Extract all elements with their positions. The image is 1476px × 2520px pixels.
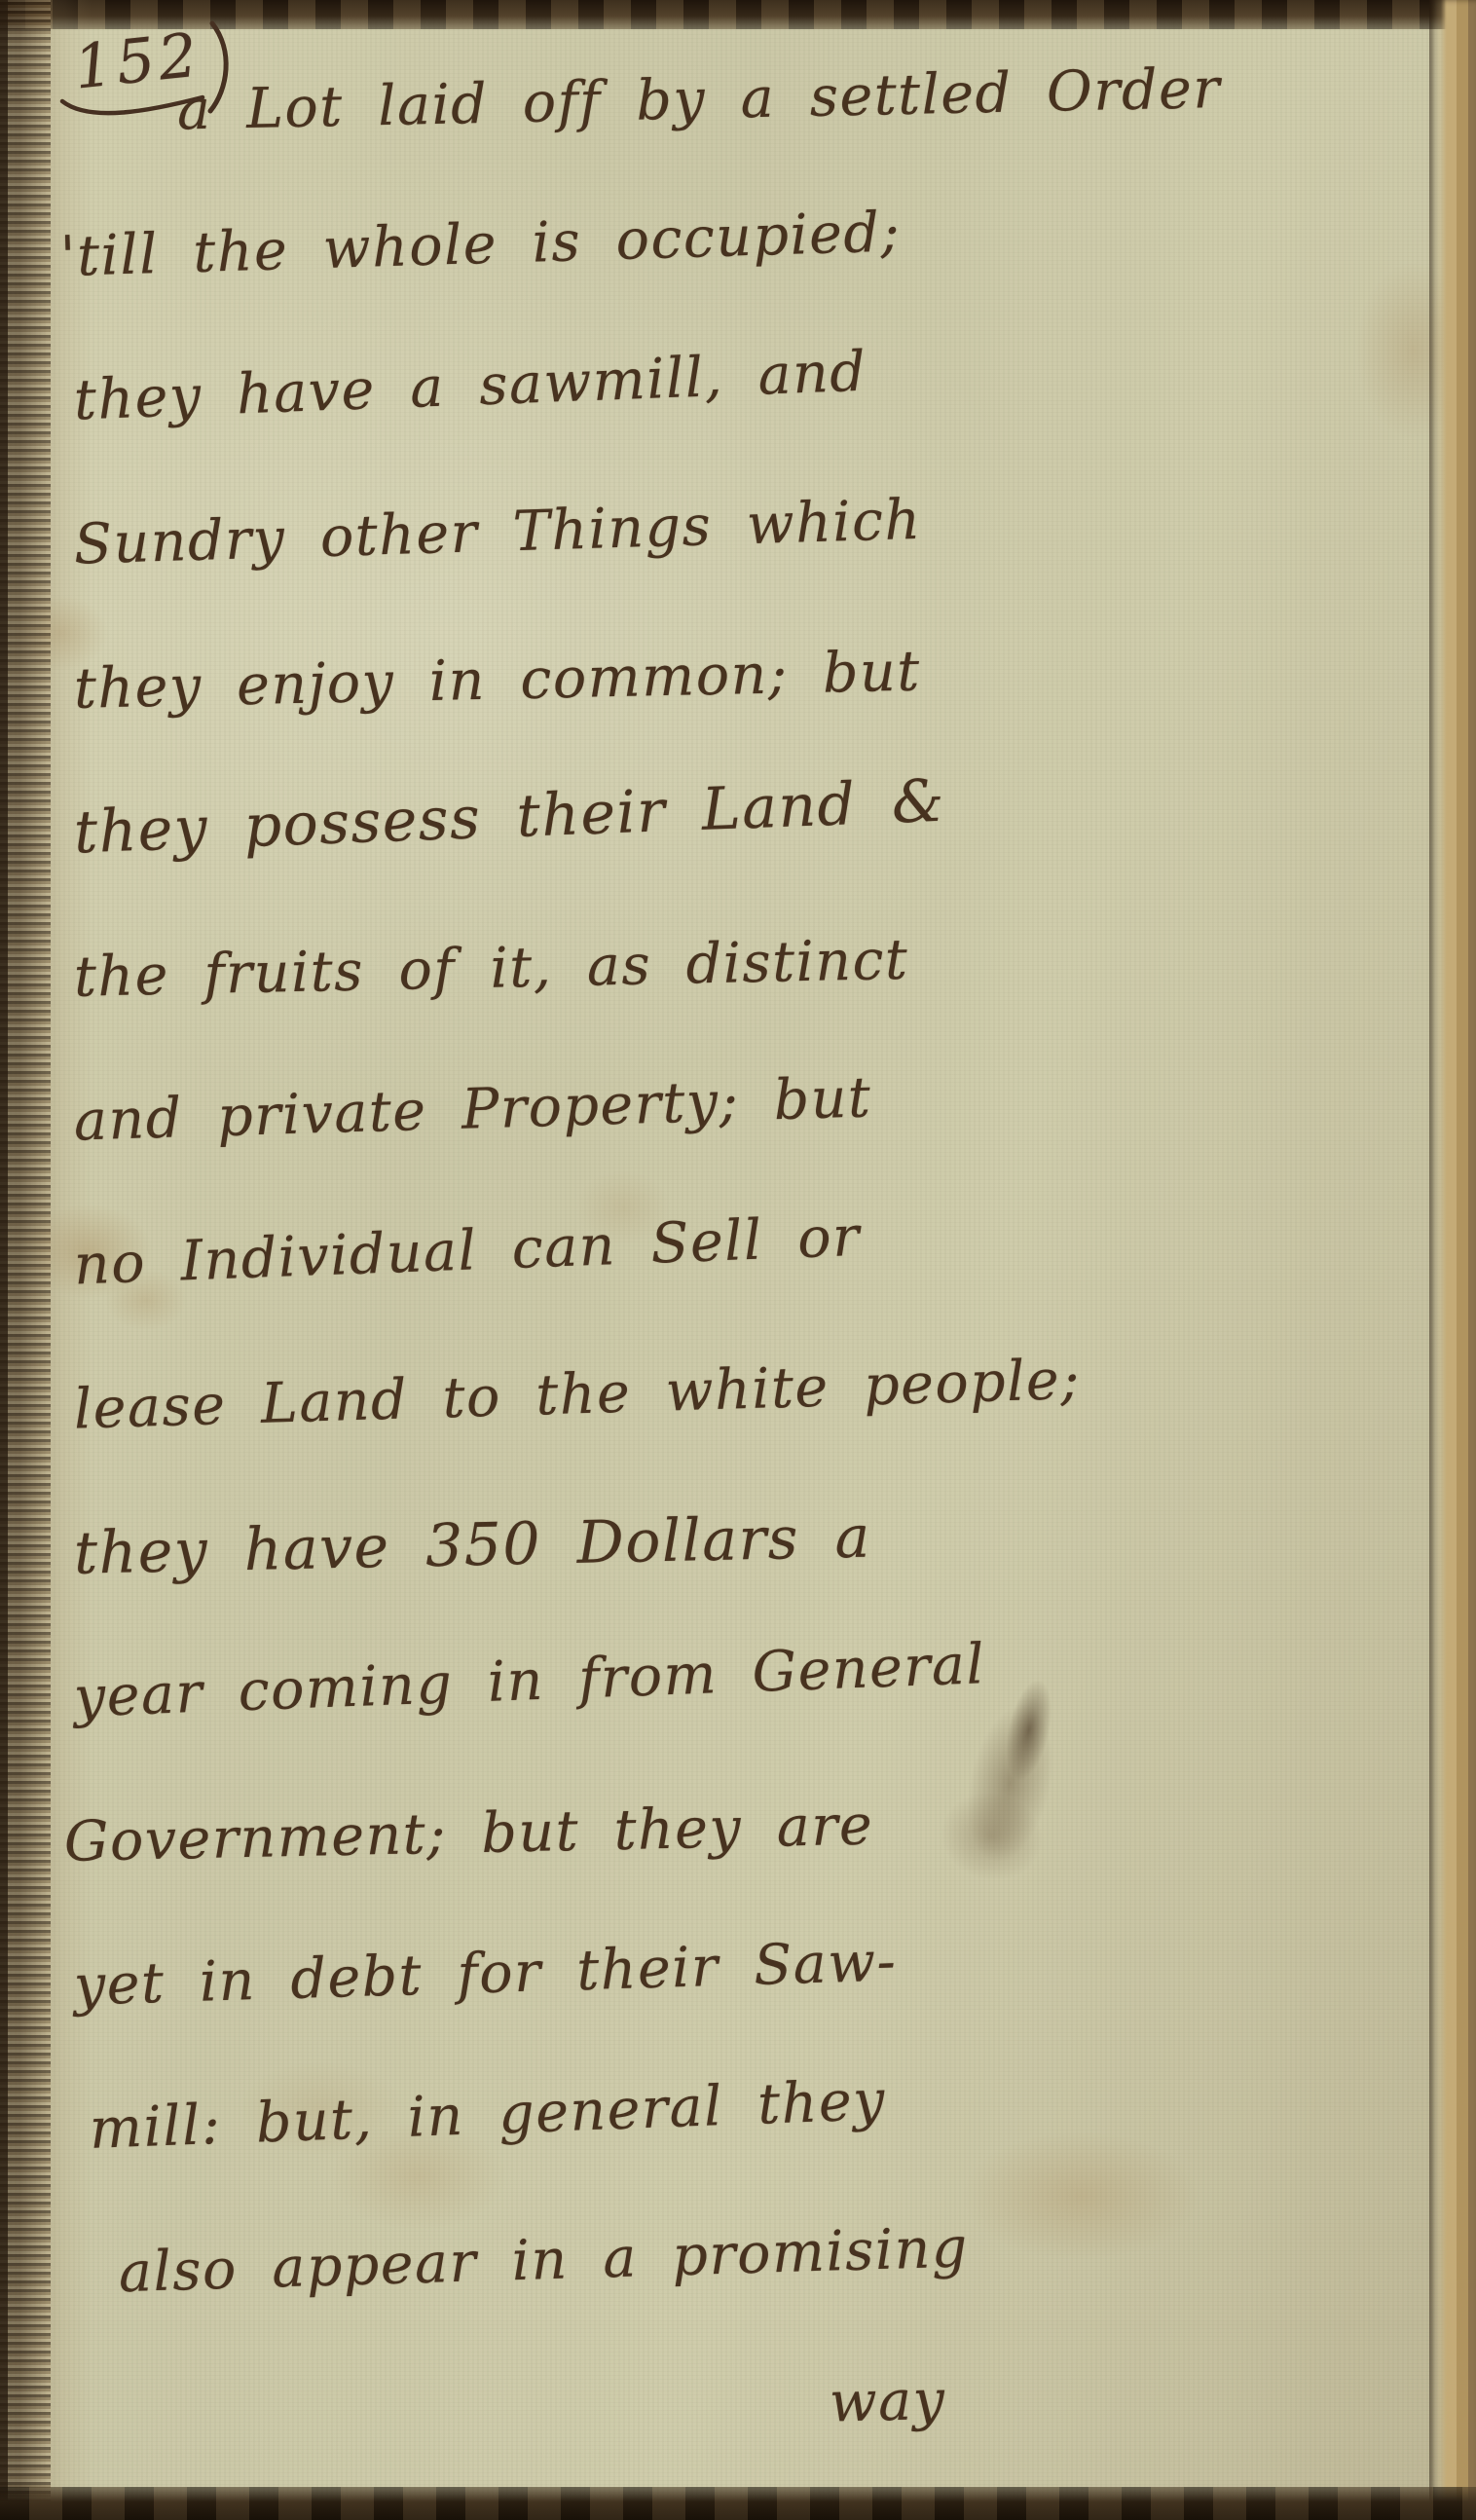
- manuscript-page: 152 a Lot laid off by a settled Order 't…: [0, 0, 1476, 2520]
- handwritten-text: a Lot laid off by a settled Order 'till …: [60, 41, 1449, 2520]
- manuscript-line: way: [58, 2317, 1450, 2491]
- page-number: 152: [56, 18, 271, 134]
- stacked-page-edges: [0, 0, 51, 2520]
- page-number-text: 152: [71, 19, 204, 102]
